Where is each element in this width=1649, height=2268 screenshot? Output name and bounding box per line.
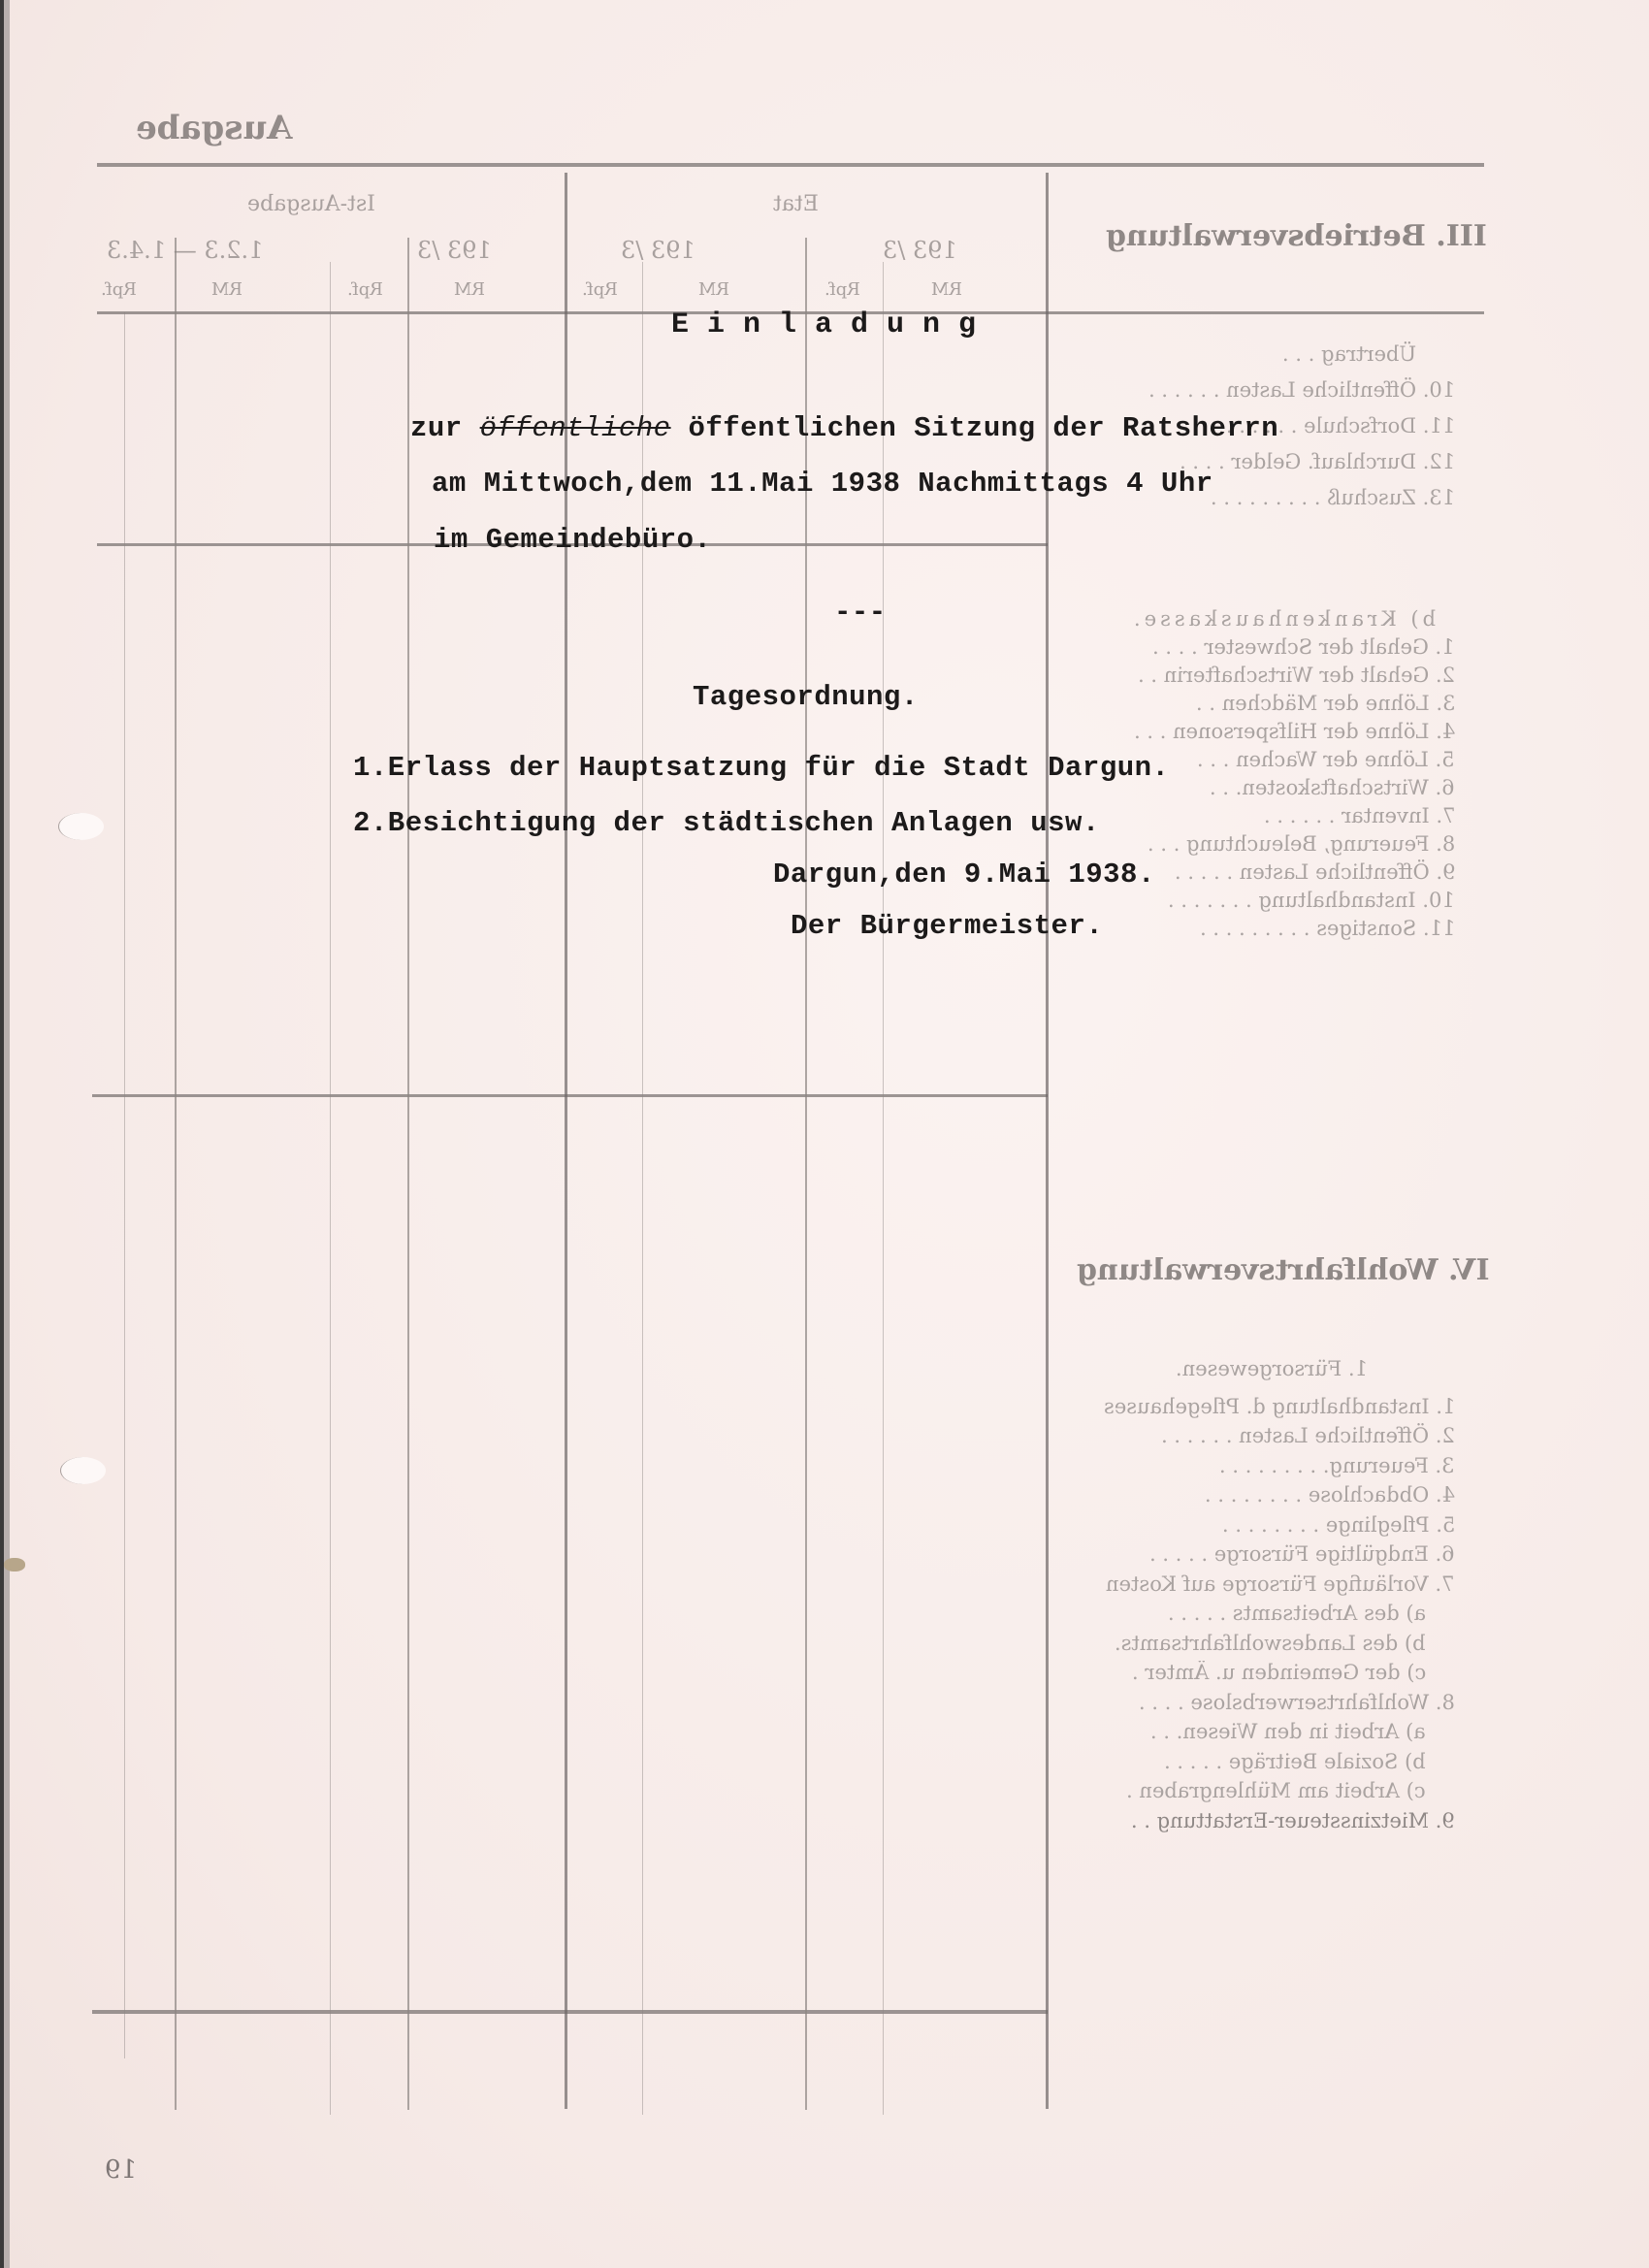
bleed-years-4: 193 /3 <box>883 237 957 264</box>
bleed-colgroup-etat: Etat <box>773 192 819 216</box>
letter-separator: --- <box>834 597 887 629</box>
bleed-item-text: 12. Durchlauf. Gelder . . . . <box>1180 447 1455 477</box>
bleed-item-text: 8. Wohlfahrtserwerbslose . . . . <box>1139 1688 1455 1718</box>
bleed-item-text: b) Soziale Beiträge . . . . . <box>1164 1747 1426 1777</box>
bleed-unit-rpf-1: Rpf. <box>101 279 137 300</box>
bleed-subsection-1: 1. Fürsorgewesen. 1. Instandhaltung d. P… <box>1104 1354 1455 1835</box>
bleed-item-text: 1. Gehalt der Schwester . . . . <box>1152 633 1455 662</box>
bleed-unit-text: Rpf. <box>101 279 137 300</box>
bleed-item-text: 7. Inventar . . . . . . <box>1264 802 1455 830</box>
bleed-item-text: Übertrag . . . <box>1282 340 1416 370</box>
bleed-item-text: 9. Öffentliche Lasten . . . . . <box>1175 859 1455 887</box>
bleed-section-3-title: III. Betriebsverwaltung <box>1106 219 1487 253</box>
bleed-item-text: 1. Instandhaltung d. Pflegehauses <box>1104 1392 1455 1422</box>
agenda-item-2: 2.Besichtigung der städtischen Anlagen u… <box>353 807 1100 839</box>
bleed-unit-rm-4: RM <box>931 279 962 300</box>
bleed-unit-rm-2: RM <box>454 279 485 300</box>
bleed-item-text: 4. Löhne der Hilfspersonen . . . <box>1134 718 1455 746</box>
signature: Der Bürgermeister. <box>791 910 1103 942</box>
scanner-edge <box>0 0 10 2268</box>
bleed-list-item: 7. Inventar . . . . . . <box>1130 802 1455 830</box>
bleed-colgroup-ist: Ist-Ausgabe <box>247 192 375 216</box>
bleed-list-item: 2. Gehalt der Wirtschafterin . . <box>1130 662 1455 690</box>
bleed-list-item: 11. Sonstiges . . . . . . . . . <box>1130 915 1455 943</box>
bleed-list-item: 5. Pfleglinge . . . . . . . . <box>1104 1510 1455 1540</box>
col-line <box>330 262 331 2115</box>
bleed-list-item: 10. Instandhaltung . . . . . . . <box>1130 887 1455 915</box>
bleed-subsection-1-title: 1. Fürsorgewesen. <box>1104 1354 1368 1384</box>
bleed-item-text: 3. Feuerung. . . . . . . . . <box>1219 1451 1455 1481</box>
bleed-year-text: 193 /3 <box>417 237 492 264</box>
agenda-heading: Tagesordnung. <box>693 681 919 713</box>
bleed-list-item: 1. Instandhaltung d. Pflegehauses <box>1104 1392 1455 1422</box>
col-line <box>1046 173 1049 2109</box>
page-number: 19 <box>105 2155 137 2185</box>
bleed-list-item: 9. Mietzinssteuer-Erstattung . . <box>1104 1806 1455 1836</box>
bleed-subsection-b-title: b) Krankenhauskasse. <box>1130 605 1436 633</box>
bleed-subsection-b: b) Krankenhauskasse. 1. Gehalt der Schwe… <box>1130 605 1455 943</box>
bleed-item-text: 9. Mietzinssteuer-Erstattung . . <box>1131 1806 1455 1836</box>
bleed-list-item: a) Arbeit in den Wiesen. . . <box>1104 1717 1426 1747</box>
bleed-unit-text: RM <box>454 279 485 300</box>
bleed-unit-rm-3: RM <box>698 279 729 300</box>
bleed-item-text: 5. Löhne der Wachen . . . <box>1197 746 1455 774</box>
bleed-unit-rpf-3: Rpf. <box>582 279 618 300</box>
letter-line-1-rest: öffentlichen Sitzung der Ratsherrn <box>688 412 1278 444</box>
bleed-item-text: 7. Vorläufige Fürsorge auf Kosten <box>1106 1570 1455 1600</box>
bleed-list-item: 2. Öffentliche Lasten . . . . . . <box>1104 1421 1455 1451</box>
bleed-year-text: 1.2.3 — 1.4.3 <box>107 237 263 264</box>
page-number-text: 19 <box>105 2155 137 2185</box>
bleed-item-text: 5. Pfleglinge . . . . . . . . <box>1222 1510 1455 1540</box>
bleed-colgroup-etat-text: Etat <box>773 192 819 216</box>
bleed-unit-text: Rpf. <box>347 279 383 300</box>
bleed-item-text: a) des Arbeitsamts . . . . . <box>1168 1599 1426 1629</box>
bleed-list-item: 4. Obdachlose . . . . . . . . <box>1104 1480 1455 1510</box>
paper-stain <box>4 1558 25 1571</box>
punch-hole-bottom <box>60 1457 106 1484</box>
agenda-item-1: 1.Erlass der Hauptsatzung für die Stadt … <box>353 752 1169 784</box>
bleed-section-4-title-text: IV. Wohlfahrtsverwaltung <box>1077 1253 1490 1287</box>
bleed-colgroup-ist-text: Ist-Ausgabe <box>247 192 375 216</box>
bleed-section-3-title-text: III. Betriebsverwaltung <box>1106 219 1487 253</box>
bleed-years-1: 1.2.3 — 1.4.3 <box>107 237 263 264</box>
bleed-item-text: a) Arbeit in den Wiesen. . . <box>1150 1717 1426 1747</box>
bleed-list-item: Übertrag . . . <box>1148 340 1416 370</box>
col-line <box>883 262 884 2115</box>
bleed-list-item: a) des Arbeitsamts . . . . . <box>1104 1599 1426 1629</box>
bleed-item-text: 2. Gehalt der Wirtschafterin . . <box>1138 662 1455 690</box>
bleed-item-text: 6. Wirtschaftskosten. . . <box>1210 774 1455 802</box>
punch-hole-top <box>58 813 104 840</box>
rule-row-3 <box>92 2010 1048 2014</box>
bleed-list-item: b) Soziale Beiträge . . . . . <box>1104 1747 1426 1777</box>
bleed-item-text: 4. Obdachlose . . . . . . . . <box>1205 1480 1455 1510</box>
bleed-section-4-title: IV. Wohlfahrtsverwaltung <box>1077 1253 1490 1287</box>
bleed-list-item: 8. Wohlfahrtserwerbslose . . . . <box>1104 1688 1455 1718</box>
bleed-list-item: 8. Feuerung, Beleuchtung . . . <box>1130 830 1455 859</box>
bleed-list-item: 6. Endgültige Fürsorge . . . . . <box>1104 1539 1455 1570</box>
bleed-item-text: 1. Fürsorgewesen. <box>1176 1354 1368 1384</box>
bleed-unit-rm-1: RM <box>211 279 242 300</box>
col-line <box>175 238 177 2110</box>
bleed-item-text: 2. Öffentliche Lasten . . . . . . <box>1161 1421 1455 1451</box>
bleed-list-item: 1. Gehalt der Schwester . . . . <box>1130 633 1455 662</box>
rule-row-2 <box>92 1094 1048 1097</box>
bleed-unit-rpf-4: Rpf. <box>824 279 860 300</box>
col-line <box>565 173 567 2109</box>
bleed-unit-text: RM <box>931 279 962 300</box>
bleed-list-item: 4. Löhne der Hilfspersonen . . . <box>1130 718 1455 746</box>
letter-line-2: am Mittwoch,dem 11.Mai 1938 Nachmittags … <box>432 468 1213 500</box>
bleed-item-text: b) des Landeswohlfahrtsamts. <box>1115 1629 1426 1659</box>
bleed-header-text: Ausgabe <box>136 109 292 147</box>
bleed-list-item: c) Arbeit am Mühlengraben . <box>1104 1776 1426 1806</box>
bleed-list-item: 7. Vorläufige Fürsorge auf Kosten <box>1104 1570 1455 1600</box>
letter-line-3: im Gemeindebüro. <box>434 524 711 556</box>
bleed-list-item: b) des Landeswohlfahrtsamts. <box>1104 1629 1426 1659</box>
bleed-unit-text: Rpf. <box>582 279 618 300</box>
bleed-list-item: 6. Wirtschaftskosten. . . <box>1130 774 1455 802</box>
rule-top <box>97 163 1484 167</box>
bleed-unit-rpf-2: Rpf. <box>347 279 383 300</box>
bleed-list-item: 10. Öffentliche Lasten . . . . . . <box>1148 375 1455 405</box>
letter-title: Einladung <box>671 308 994 341</box>
bleed-item-text: c) Arbeit am Mühlengraben . <box>1126 1776 1426 1806</box>
bleed-item-text: c) der Gemeinden u. Ämter . <box>1132 1658 1426 1688</box>
bleed-item-text: b) Krankenhauskasse. <box>1130 605 1436 633</box>
bleed-item-text: 11. Sonstiges . . . . . . . . . <box>1200 915 1455 943</box>
bleed-year-text: 193 /3 <box>621 237 695 264</box>
bleed-years-3: 193 /3 <box>621 237 695 264</box>
bleed-unit-text: Rpf. <box>824 279 860 300</box>
letter-line-1-prefix: zur <box>410 412 463 444</box>
letter-line-1: zur öffentliche öffentlichen Sitzung der… <box>410 412 1278 444</box>
bleed-year-text: 193 /3 <box>883 237 957 264</box>
bleed-item-text: 10. Instandhaltung . . . . . . . <box>1168 887 1455 915</box>
col-line <box>407 238 409 2110</box>
bleed-list-item: 9. Öffentliche Lasten . . . . . <box>1130 859 1455 887</box>
bleed-item-text: 8. Feuerung, Beleuchtung . . . <box>1148 830 1455 859</box>
struck-out-word: öffentliche <box>480 412 671 444</box>
bleed-unit-text: RM <box>698 279 729 300</box>
bleed-item-text: 13. Zuschuß . . . . . . . . . <box>1211 483 1455 513</box>
bleed-list-item: c) der Gemeinden u. Ämter . <box>1104 1658 1426 1688</box>
place-date: Dargun,den 9.Mai 1938. <box>773 859 1155 891</box>
bleed-list-item: 5. Löhne der Wachen . . . <box>1130 746 1455 774</box>
col-line <box>124 312 125 2058</box>
bleed-header-ausgabe: Ausgabe <box>136 109 292 147</box>
bleed-list-item: 3. Feuerung. . . . . . . . . <box>1104 1451 1455 1481</box>
bleed-list-item: 3. Löhne der Mädchen . . <box>1130 690 1455 718</box>
bleed-years-2: 193 /3 <box>417 237 492 264</box>
col-line <box>805 238 807 2110</box>
bleed-item-text: 6. Endgültige Fürsorge . . . . . <box>1149 1539 1455 1570</box>
bleed-item-text: 10. Öffentliche Lasten . . . . . . <box>1148 375 1455 405</box>
bleed-item-text: 3. Löhne der Mädchen . . <box>1196 690 1455 718</box>
bleed-unit-text: RM <box>211 279 242 300</box>
